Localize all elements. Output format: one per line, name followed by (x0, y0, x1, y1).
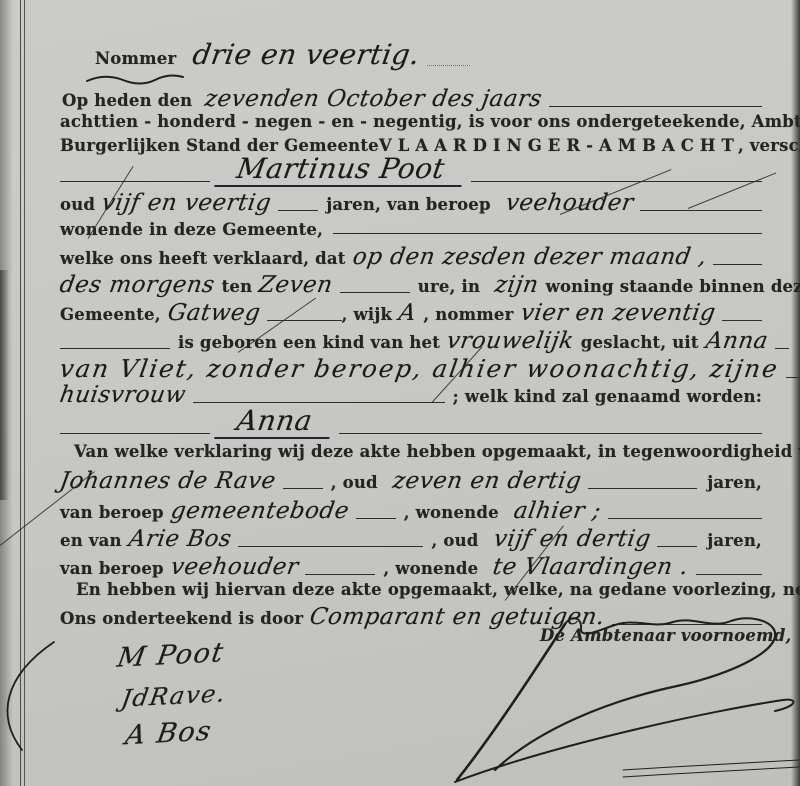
wijk-label: , wijk (342, 305, 393, 324)
house-number-handwritten: vier en zeventig (518, 300, 717, 326)
child-name-handwritten: Anna (214, 404, 335, 439)
jaren-van-beroep-label: jaren, van beroep (326, 195, 491, 214)
child-born-line: is geboren een kind van het vrouwelijk g… (60, 328, 762, 354)
blank-rule (238, 546, 423, 547)
witness1-residence-handwritten: alhier ; (512, 498, 603, 524)
year-line: achttien - honderd - negen - en - negent… (60, 112, 764, 131)
address-line: Gemeente, Gatweg , wijk A , nommer vier … (60, 300, 762, 326)
nommer-huis-label: , nommer (423, 305, 513, 324)
street-handwritten: Gatweg (166, 300, 262, 326)
wonende-label-w1: , wonende (404, 503, 499, 522)
op-heden-den-label: Op heden den (62, 91, 192, 110)
signature-witness1: JdRave. (119, 679, 228, 712)
declarant-age-occupation-line: oud vijf en veertig jaren, van beroep ve… (60, 190, 762, 216)
declaration-line: welke ons heeft verklaard, dat op den ze… (60, 244, 762, 270)
blank-rule (193, 402, 445, 403)
jaren-label-w2: jaren, (707, 531, 762, 550)
declarant-occupation-handwritten: veehouder (504, 190, 636, 216)
nommer-value-handwritten: drie en veertig. (191, 38, 423, 71)
declarant-name-line: Martinus Poot (60, 152, 762, 187)
oud-label-w2: , oud (431, 531, 478, 550)
mother-details-handwritten: van Vliet, zonder beroep, alhier woonach… (58, 354, 781, 383)
witness2-name-handwritten: Arie Bos (127, 526, 234, 552)
blank-rule (786, 377, 800, 378)
blank-rule (549, 106, 762, 107)
blank-rule (340, 292, 410, 293)
witness2-age-handwritten: vijf en dertig (491, 526, 652, 552)
wonende-label: wonende in deze Gemeente, (60, 220, 323, 239)
witnesses-header-line: Van welke verklaring wij deze akte hebbe… (60, 442, 764, 461)
birth-certificate-document: Nommer drie en veertig. Op heden den zev… (0, 0, 800, 786)
wijk-handwritten: A (397, 300, 418, 326)
flourish-underline (85, 72, 185, 86)
nommer-label: Nommer (95, 49, 176, 68)
blank-rule (471, 181, 762, 182)
birth-date-handwritten: op den zesden dezer maand , (351, 244, 709, 270)
onderteekend-label: Ons onderteekend is door (60, 609, 303, 628)
date-line: Op heden den zevenden October des jaars (62, 86, 762, 112)
gemeente-label: Gemeente, (60, 305, 161, 324)
witness1-name-line: Johannes de Rave , oud zeven en dertig j… (60, 468, 762, 494)
mother-firstname-handwritten: Anna (704, 328, 770, 354)
birth-hour-handwritten: Zeven (257, 272, 335, 298)
witness1-occupation-handwritten: gemeentebode (169, 498, 351, 524)
geslacht-uit-label: geslacht, uit (581, 333, 699, 352)
blank-rule (713, 264, 762, 265)
blank-rule (427, 65, 470, 66)
blank-rule (722, 320, 762, 321)
signature-witness2: A Bos (123, 716, 214, 751)
birth-time-line: des morgens ten Zeven ure, in zijn wonin… (60, 272, 762, 298)
blank-rule (775, 348, 789, 349)
wonende-label-w2: , wonende (383, 559, 478, 578)
witness2-occupation-handwritten: veehouder (169, 554, 301, 580)
blank-rule (278, 210, 318, 211)
jaar-regel-text: achttien - honderd - negen - en - negent… (60, 112, 764, 131)
ure-label: ure, in (418, 277, 480, 296)
official-signature-flourish (415, 612, 800, 784)
geboren-label: is geboren een kind van het (178, 333, 440, 352)
blank-rule (60, 433, 210, 434)
woning-label: woning staande binnen deze (546, 277, 800, 296)
blank-rule (60, 181, 210, 182)
jaren-label-w1: jaren, (707, 473, 762, 492)
closing-line-1: En hebben wij hiervan deze akte opgemaak… (60, 580, 764, 599)
verklaard-label: welke ons heeft verklaard, dat (60, 249, 346, 268)
blank-rule (608, 518, 762, 519)
blank-rule (696, 574, 762, 575)
signature-declarant: M Poot (115, 637, 227, 673)
blank-rule (657, 546, 697, 547)
daypart-handwritten: des morgens (58, 272, 217, 298)
witness1-name-handwritten: Johannes de Rave (58, 468, 278, 494)
blank-rule (333, 233, 762, 234)
zijn-handwritten: zijn (493, 272, 541, 298)
record-number-line: Nommer drie en veertig. (95, 38, 470, 71)
ten-label: ten (222, 277, 253, 296)
witness2-name-line: en van Arie Bos , oud vijf en dertig jar… (60, 526, 762, 552)
declarant-name-handwritten: Martinus Poot (214, 152, 467, 187)
oud-label-w1: , oud (331, 473, 378, 492)
signature-flourish-left (0, 636, 64, 756)
blank-rule (640, 210, 762, 211)
witness2-occupation-line: van beroep veehouder , wonende te Vlaard… (60, 554, 762, 580)
witness2-residence-handwritten: te Vlaardingen . (491, 554, 690, 580)
scan-left-edge-smudge (0, 270, 9, 500)
en-van-label: en van (60, 531, 122, 550)
blank-rule (267, 320, 342, 321)
witness1-occupation-line: van beroep gemeentebode , wonende alhier… (60, 498, 762, 524)
witness1-age-handwritten: zeven en dertig (391, 468, 583, 494)
blank-rule (339, 433, 762, 434)
mother-details-line: van Vliet, zonder beroep, alhier woonach… (60, 354, 762, 383)
closing-text-1: En hebben wij hiervan deze akte opgemaak… (60, 580, 764, 599)
blank-rule (588, 488, 697, 489)
witnesses-header-text: Van welke verklaring wij deze akte hebbe… (60, 442, 764, 461)
child-name-line: Anna (60, 404, 762, 439)
blank-rule (283, 488, 323, 489)
akte-datum-handwritten: zevenden October des jaars (203, 86, 544, 112)
declarant-age-handwritten: vijf en veertig (100, 190, 273, 216)
van-beroep-label-w1: van beroep (60, 503, 164, 522)
blank-rule (356, 518, 396, 519)
gender-handwritten: vrouwelijk (445, 328, 576, 354)
blank-rule (305, 574, 375, 575)
blank-rule (60, 348, 170, 349)
oud-label: oud (60, 195, 95, 214)
van-beroep-label-w2: van beroep (60, 559, 164, 578)
residence-line: wonende in deze Gemeente, (60, 220, 762, 239)
